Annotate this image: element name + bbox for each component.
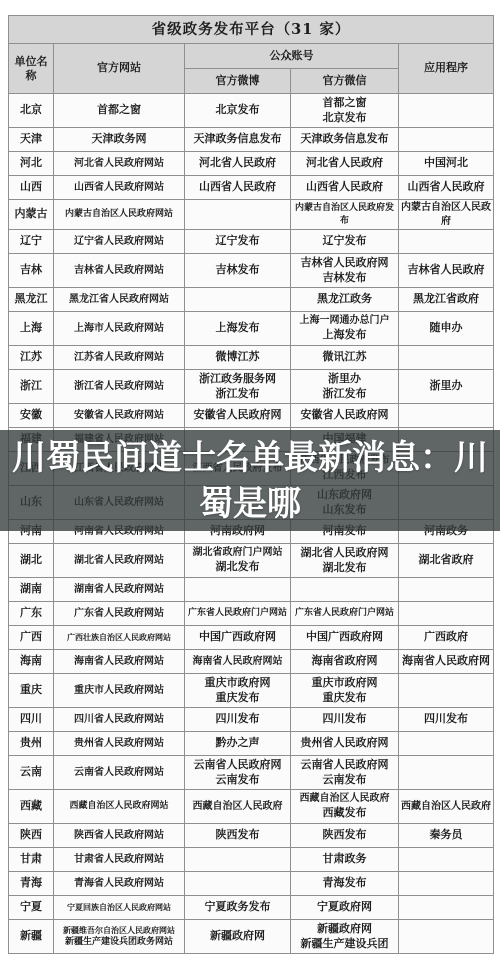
cell-line: 浙里办 — [401, 379, 491, 394]
cell-app — [399, 920, 494, 954]
cell-line: 湖北 — [11, 553, 51, 568]
table-row: 湖北湖北省人民政府网站湖北省政府门户网站湖北发布湖北省人民政府网湖北发布湖北省政… — [9, 544, 494, 578]
cell-line: 上海发布 — [187, 321, 288, 336]
cell-weibo: 四川发布 — [185, 708, 291, 732]
cell-name: 江苏 — [9, 346, 54, 370]
cell-app: 广西政府 — [399, 626, 494, 650]
cell-app: 湖北省政府 — [399, 544, 494, 578]
cell-line: 浙江省人民政府网站 — [56, 380, 182, 394]
cell-line: 广东省人民政府门户网站 — [293, 607, 396, 619]
cell-weibo: 海南省人民政府网站 — [185, 650, 291, 674]
cell-weibo: 西藏自治区人民政府 — [185, 790, 291, 824]
table-title: 省级政务发布平台（31 家） — [9, 16, 494, 44]
cell-line: 重庆市人民政府网站 — [56, 684, 182, 698]
table-row: 青海青海省人民政府网站青海发布 — [9, 872, 494, 896]
cell-line: 青海发布 — [293, 876, 396, 891]
cell-line: 海南省政府网 — [293, 654, 396, 669]
cell-line: 云南省人民政府网 — [187, 758, 288, 773]
cell-line: 中国广西政府网 — [293, 630, 396, 645]
table-title-row: 省级政务发布平台（31 家） — [9, 16, 494, 44]
cell-wechat — [291, 578, 399, 602]
cell-app — [399, 732, 494, 756]
cell-name: 甘肃 — [9, 848, 54, 872]
cell-line: 辽宁 — [11, 234, 51, 249]
cell-app — [399, 674, 494, 708]
cell-line: 西藏自治区人民政府 — [187, 800, 288, 814]
table-row: 海南海南省人民政府网站海南省人民政府网站海南省政府网海南省人民政府网 — [9, 650, 494, 674]
cell-line: 广西 — [11, 630, 51, 645]
cell-name: 天津 — [9, 128, 54, 152]
cell-app: 海南省人民政府网 — [399, 650, 494, 674]
cell-line: 宁夏 — [11, 900, 51, 915]
cell-weibo: 辽宁发布 — [185, 230, 291, 254]
cell-line: 山西 — [11, 180, 51, 195]
cell-line: 贵州省人民政府网 — [293, 736, 396, 751]
cell-line: 河北 — [11, 156, 51, 171]
cell-line: 中国广西政府网 — [187, 630, 288, 645]
cell-app: 秦务员 — [399, 824, 494, 848]
cell-line: 湖北省政府门户网站 — [187, 546, 288, 560]
cell-line: 四川发布 — [401, 712, 491, 727]
cell-line: 新疆生产建设兵团 — [293, 937, 396, 952]
cell-line: 新疆政府网 — [293, 922, 396, 937]
cell-weibo: 陕西发布 — [185, 824, 291, 848]
cell-line: 重庆 — [11, 683, 51, 698]
cell-app — [399, 848, 494, 872]
cell-line: 陕西发布 — [293, 828, 396, 843]
table-row: 河北河北省人民政府网站河北省人民政府河北省人民政府中国河北 — [9, 152, 494, 176]
cell-app — [399, 230, 494, 254]
cell-website: 首都之窗 — [54, 94, 185, 128]
cell-weibo: 黔办之声 — [185, 732, 291, 756]
cell-line: 贵州省人民政府网站 — [56, 737, 182, 751]
cell-weibo — [185, 200, 291, 230]
cell-website: 四川省人民政府网站 — [54, 708, 185, 732]
cell-website: 甘肃省人民政府网站 — [54, 848, 185, 872]
cell-line: 山西省人民政府 — [401, 180, 491, 195]
cell-name: 吉林 — [9, 254, 54, 288]
cell-app — [399, 896, 494, 920]
cell-line: 河北省人民政府 — [293, 156, 396, 171]
cell-line: 内蒙古 — [11, 207, 51, 222]
cell-name: 西藏 — [9, 790, 54, 824]
cell-website: 湖南省人民政府网站 — [54, 578, 185, 602]
cell-app: 黑龙江省政府 — [399, 288, 494, 312]
cell-line: 西藏自治区人民政府 — [293, 792, 396, 806]
table-row: 陕西陕西省人民政府网站陕西发布陕西发布秦务员 — [9, 824, 494, 848]
cell-line: 江苏省人民政府网站 — [56, 351, 182, 365]
cell-line: 云南 — [11, 765, 51, 780]
cell-line: 重庆市政府网 — [293, 676, 396, 691]
cell-weibo: 天津政务信息发布 — [185, 128, 291, 152]
cell-line: 宁夏回族自治区人民政府网站 — [56, 902, 182, 913]
cell-wechat: 中国广西政府网 — [291, 626, 399, 650]
header-row-1: 单位名称 官方网站 公众账号 应用程序 — [9, 44, 494, 69]
table-row: 广东广东省人民政府网站广东省人民政府门户网站广东省人民政府门户网站 — [9, 602, 494, 626]
table-row: 云南云南省人民政府网站云南省人民政府网云南发布云南省人民政府网云南发布 — [9, 756, 494, 790]
cell-website: 贵州省人民政府网站 — [54, 732, 185, 756]
cell-line: 山西省人民政府网站 — [56, 181, 182, 195]
cell-line: 微博江苏 — [187, 350, 288, 365]
cell-wechat: 首都之窗北京发布 — [291, 94, 399, 128]
cell-line: 广东 — [11, 606, 51, 621]
cell-line: 海南省人民政府网 — [401, 654, 491, 669]
cell-line: 重庆市政府网 — [187, 676, 288, 691]
cell-line: 海南省人民政府网站 — [56, 655, 182, 669]
cell-line: 新疆生产建设兵团政务网站 — [56, 936, 182, 948]
cell-name: 湖南 — [9, 578, 54, 602]
cell-line: 湖北省人民政府网站 — [56, 554, 182, 568]
cell-line: 天津政务信息发布 — [293, 132, 396, 147]
cell-weibo: 广东省人民政府门户网站 — [185, 602, 291, 626]
cell-name: 宁夏 — [9, 896, 54, 920]
cell-line: 天津政务网 — [56, 132, 182, 147]
cell-wechat: 浙里办浙江发布 — [291, 370, 399, 404]
cell-app: 内蒙古自治区人民政府 — [399, 200, 494, 230]
cell-wechat: 四川发布 — [291, 708, 399, 732]
cell-weibo: 湖北省政府门户网站湖北发布 — [185, 544, 291, 578]
cell-website: 新疆维吾尔自治区人民政府网站新疆生产建设兵团政务网站 — [54, 920, 185, 954]
cell-weibo: 浙江政务服务网浙江发布 — [185, 370, 291, 404]
cell-line: 甘肃 — [11, 852, 51, 867]
table-row: 甘肃甘肃省人民政府网站甘肃政务 — [9, 848, 494, 872]
cell-website: 宁夏回族自治区人民政府网站 — [54, 896, 185, 920]
table-row: 上海上海市人民政府网站上海发布上海一网通办总门户上海发布随申办 — [9, 312, 494, 346]
cell-website: 青海省人民政府网站 — [54, 872, 185, 896]
cell-line: 湖北发布 — [293, 561, 396, 576]
cell-line: 吉林发布 — [187, 263, 288, 278]
cell-name: 贵州 — [9, 732, 54, 756]
table-row: 广西广西壮族自治区人民政府网站中国广西政府网中国广西政府网广西政府 — [9, 626, 494, 650]
cell-website: 河北省人民政府网站 — [54, 152, 185, 176]
table-row: 吉林吉林省人民政府网站吉林发布吉林省人民政府网吉林发布吉林省人民政府 — [9, 254, 494, 288]
cell-name: 四川 — [9, 708, 54, 732]
col-header-weibo: 官方微博 — [185, 69, 291, 94]
cell-website: 湖北省人民政府网站 — [54, 544, 185, 578]
cell-wechat: 陕西发布 — [291, 824, 399, 848]
cell-line: 浙江发布 — [293, 387, 396, 402]
table-row: 重庆重庆市人民政府网站重庆市政府网重庆发布重庆市政府网重庆发布 — [9, 674, 494, 708]
cell-wechat: 内蒙古自治区人民政府发布 — [291, 200, 399, 230]
cell-line: 安徽省人民政府网 — [187, 408, 288, 423]
cell-weibo: 吉林发布 — [185, 254, 291, 288]
cell-line: 新疆政府网 — [187, 929, 288, 944]
cell-weibo: 云南省人民政府网云南发布 — [185, 756, 291, 790]
page: { "colors": { "header_bg": "#d5d5d5", "b… — [0, 0, 500, 964]
cell-line: 河北省人民政府网站 — [56, 157, 182, 171]
cell-wechat: 黑龙江政务 — [291, 288, 399, 312]
cell-name: 广东 — [9, 602, 54, 626]
table-row: 浙江浙江省人民政府网站浙江政务服务网浙江发布浙里办浙江发布浙里办 — [9, 370, 494, 404]
cell-line: 吉林 — [11, 263, 51, 278]
cell-line: 云南发布 — [187, 773, 288, 788]
table-row: 安徽安徽省人民政府网站安徽省人民政府网安徽省人民政府网 — [9, 404, 494, 428]
cell-website: 吉林省人民政府网站 — [54, 254, 185, 288]
cell-line: 新疆维吾尔自治区人民政府网站 — [56, 925, 182, 936]
caption-overlay-banner: 川蜀民间道士名单最新消息：川蜀是哪 — [0, 430, 500, 531]
cell-line: 内蒙古自治区人民政府发布 — [293, 202, 396, 226]
cell-website: 江苏省人民政府网站 — [54, 346, 185, 370]
cell-weibo: 河北省人民政府 — [185, 152, 291, 176]
cell-line: 山西省人民政府 — [293, 180, 396, 195]
cell-line: 上海一网通办总门户 — [293, 314, 396, 328]
cell-wechat: 吉林省人民政府网吉林发布 — [291, 254, 399, 288]
table-header: 省级政务发布平台（31 家） 单位名称 官方网站 公众账号 应用程序 官方微博 … — [9, 16, 494, 94]
col-header-website: 官方网站 — [54, 44, 185, 94]
table-row: 宁夏宁夏回族自治区人民政府网站宁夏政务发布宁夏政府网 — [9, 896, 494, 920]
cell-name: 北京 — [9, 94, 54, 128]
cell-line: 湖南 — [11, 582, 51, 597]
cell-line: 秦务员 — [401, 828, 491, 843]
cell-website: 黑龙江省人民政府网站 — [54, 288, 185, 312]
cell-name: 新疆 — [9, 920, 54, 954]
cell-website: 西藏自治区人民政府网站 — [54, 790, 185, 824]
cell-app — [399, 872, 494, 896]
cell-line: 重庆发布 — [293, 691, 396, 706]
cell-line: 四川 — [11, 712, 51, 727]
cell-website: 陕西省人民政府网站 — [54, 824, 185, 848]
cell-website: 云南省人民政府网站 — [54, 756, 185, 790]
cell-line: 辽宁发布 — [187, 234, 288, 249]
cell-app: 山西省人民政府 — [399, 176, 494, 200]
cell-weibo — [185, 848, 291, 872]
cell-weibo — [185, 288, 291, 312]
cell-app — [399, 404, 494, 428]
cell-line: 贵州 — [11, 736, 51, 751]
cell-wechat: 上海一网通办总门户上海发布 — [291, 312, 399, 346]
cell-weibo — [185, 872, 291, 896]
cell-line: 黔办之声 — [187, 736, 288, 751]
col-header-wechat: 官方微信 — [291, 69, 399, 94]
cell-line: 内蒙古自治区人民政府网站 — [56, 208, 182, 220]
cell-line: 西藏 — [11, 799, 51, 814]
col-header-unit: 单位名称 — [9, 44, 54, 94]
cell-line: 甘肃政务 — [293, 852, 396, 867]
cell-line: 江苏 — [11, 350, 51, 365]
cell-line: 安徽省人民政府网 — [293, 408, 396, 423]
cell-line: 首都之窗 — [56, 103, 182, 118]
caption-overlay-text: 川蜀民间道士名单最新消息：川蜀是哪 — [0, 435, 500, 527]
cell-line: 西藏自治区人民政府 — [401, 800, 491, 814]
cell-line: 安徽省人民政府网站 — [56, 409, 182, 423]
cell-website: 广东省人民政府网站 — [54, 602, 185, 626]
cell-wechat: 甘肃政务 — [291, 848, 399, 872]
table-row: 江苏江苏省人民政府网站微博江苏微讯江苏 — [9, 346, 494, 370]
cell-line: 上海市人民政府网站 — [56, 322, 182, 336]
cell-line: 青海省人民政府网站 — [56, 877, 182, 891]
cell-name: 山西 — [9, 176, 54, 200]
cell-line: 广东省人民政府网站 — [56, 607, 182, 621]
table-row: 西藏西藏自治区人民政府网站西藏自治区人民政府西藏自治区人民政府西藏发布西藏自治区… — [9, 790, 494, 824]
cell-app: 浙里办 — [399, 370, 494, 404]
cell-name: 海南 — [9, 650, 54, 674]
cell-app — [399, 756, 494, 790]
cell-name: 安徽 — [9, 404, 54, 428]
cell-name: 内蒙古 — [9, 200, 54, 230]
cell-name: 上海 — [9, 312, 54, 346]
cell-line: 微讯江苏 — [293, 350, 396, 365]
cell-line: 中国河北 — [401, 156, 491, 171]
cell-name: 广西 — [9, 626, 54, 650]
cell-line: 陕西 — [11, 828, 51, 843]
cell-wechat: 重庆市政府网重庆发布 — [291, 674, 399, 708]
cell-line: 上海 — [11, 321, 51, 336]
cell-app: 四川发布 — [399, 708, 494, 732]
cell-wechat: 湖北省人民政府网湖北发布 — [291, 544, 399, 578]
cell-website: 山西省人民政府网站 — [54, 176, 185, 200]
col-header-public-accounts: 公众账号 — [185, 44, 399, 69]
cell-line: 北京发布 — [293, 111, 396, 126]
cell-line: 四川发布 — [187, 712, 288, 727]
col-header-app: 应用程序 — [399, 44, 494, 94]
cell-line: 西藏自治区人民政府网站 — [56, 800, 182, 812]
cell-website: 安徽省人民政府网站 — [54, 404, 185, 428]
cell-line: 宁夏政务发布 — [187, 900, 288, 915]
cell-wechat: 海南省政府网 — [291, 650, 399, 674]
table-row: 北京首都之窗北京发布首都之窗北京发布 — [9, 94, 494, 128]
cell-wechat: 宁夏政府网 — [291, 896, 399, 920]
cell-wechat: 河北省人民政府 — [291, 152, 399, 176]
cell-line: 吉林省人民政府网站 — [56, 264, 182, 278]
cell-line: 陕西省人民政府网站 — [56, 829, 182, 843]
cell-wechat: 微讯江苏 — [291, 346, 399, 370]
cell-app: 吉林省人民政府 — [399, 254, 494, 288]
cell-app: 西藏自治区人民政府 — [399, 790, 494, 824]
cell-website: 浙江省人民政府网站 — [54, 370, 185, 404]
cell-name: 辽宁 — [9, 230, 54, 254]
cell-line: 山西省人民政府 — [187, 180, 288, 195]
cell-website: 海南省人民政府网站 — [54, 650, 185, 674]
table-row: 四川四川省人民政府网站四川发布四川发布四川发布 — [9, 708, 494, 732]
cell-name: 湖北 — [9, 544, 54, 578]
cell-name: 陕西 — [9, 824, 54, 848]
cell-line: 浙江政务服务网 — [187, 372, 288, 387]
cell-line: 四川省人民政府网站 — [56, 713, 182, 727]
cell-line: 宁夏政府网 — [293, 900, 396, 915]
cell-name: 青海 — [9, 872, 54, 896]
cell-name: 云南 — [9, 756, 54, 790]
cell-weibo: 安徽省人民政府网 — [185, 404, 291, 428]
cell-wechat: 云南省人民政府网云南发布 — [291, 756, 399, 790]
cell-line: 浙里办 — [293, 372, 396, 387]
cell-website: 上海市人民政府网站 — [54, 312, 185, 346]
cell-wechat: 安徽省人民政府网 — [291, 404, 399, 428]
table-row: 山西山西省人民政府网站山西省人民政府山西省人民政府山西省人民政府 — [9, 176, 494, 200]
cell-app — [399, 602, 494, 626]
cell-line: 安徽 — [11, 408, 51, 423]
cell-app — [399, 578, 494, 602]
cell-wechat: 贵州省人民政府网 — [291, 732, 399, 756]
cell-line: 云南省人民政府网站 — [56, 766, 182, 780]
cell-weibo: 微博江苏 — [185, 346, 291, 370]
cell-line: 浙江发布 — [187, 387, 288, 402]
cell-wechat: 广东省人民政府门户网站 — [291, 602, 399, 626]
cell-weibo: 北京发布 — [185, 94, 291, 128]
cell-name: 黑龙江 — [9, 288, 54, 312]
table-row: 黑龙江黑龙江省人民政府网站黑龙江政务黑龙江省政府 — [9, 288, 494, 312]
cell-app — [399, 94, 494, 128]
cell-app — [399, 346, 494, 370]
cell-line: 黑龙江省政府 — [401, 292, 491, 307]
cell-line: 上海发布 — [293, 328, 396, 343]
cell-line: 新疆 — [11, 929, 51, 944]
cell-line: 天津政务信息发布 — [187, 132, 288, 147]
cell-wechat: 青海发布 — [291, 872, 399, 896]
cell-line: 黑龙江政务 — [293, 292, 396, 307]
cell-line: 云南省人民政府网 — [293, 758, 396, 773]
cell-line: 湖北省人民政府网 — [293, 546, 396, 561]
cell-line: 广东省人民政府门户网站 — [187, 607, 288, 619]
cell-weibo: 上海发布 — [185, 312, 291, 346]
cell-wechat: 新疆政府网新疆生产建设兵团 — [291, 920, 399, 954]
cell-app: 中国河北 — [399, 152, 494, 176]
cell-weibo: 中国广西政府网 — [185, 626, 291, 650]
cell-wechat: 天津政务信息发布 — [291, 128, 399, 152]
cell-wechat: 山西省人民政府 — [291, 176, 399, 200]
cell-line: 西藏发布 — [293, 806, 396, 821]
cell-name: 浙江 — [9, 370, 54, 404]
cell-weibo: 山西省人民政府 — [185, 176, 291, 200]
cell-weibo — [185, 578, 291, 602]
table-row: 湖南湖南省人民政府网站 — [9, 578, 494, 602]
table-row: 贵州贵州省人民政府网站黔办之声贵州省人民政府网 — [9, 732, 494, 756]
cell-line: 云南发布 — [293, 773, 396, 788]
cell-line: 首都之窗 — [293, 96, 396, 111]
cell-line: 天津 — [11, 132, 51, 147]
cell-line: 海南 — [11, 654, 51, 669]
cell-line: 吉林省人民政府 — [401, 263, 491, 278]
cell-line: 广西政府 — [401, 630, 491, 645]
cell-website: 广西壮族自治区人民政府网站 — [54, 626, 185, 650]
cell-line: 陕西发布 — [187, 828, 288, 843]
cell-line: 河北省人民政府 — [187, 156, 288, 171]
cell-line: 北京 — [11, 103, 51, 118]
cell-line: 黑龙江 — [11, 292, 51, 307]
cell-website: 天津政务网 — [54, 128, 185, 152]
cell-wechat: 辽宁发布 — [291, 230, 399, 254]
cell-app: 随申办 — [399, 312, 494, 346]
cell-line: 辽宁发布 — [293, 234, 396, 249]
cell-name: 河北 — [9, 152, 54, 176]
table-row: 内蒙古内蒙古自治区人民政府网站内蒙古自治区人民政府发布内蒙古自治区人民政府 — [9, 200, 494, 230]
cell-line: 内蒙古自治区人民政府 — [401, 201, 491, 228]
cell-weibo: 新疆政府网 — [185, 920, 291, 954]
cell-app — [399, 128, 494, 152]
cell-line: 青海 — [11, 876, 51, 891]
cell-website: 辽宁省人民政府网站 — [54, 230, 185, 254]
cell-line: 甘肃省人民政府网站 — [56, 853, 182, 867]
cell-weibo: 重庆市政府网重庆发布 — [185, 674, 291, 708]
cell-line: 四川发布 — [293, 712, 396, 727]
cell-line: 吉林发布 — [293, 271, 396, 286]
cell-line: 吉林省人民政府网 — [293, 256, 396, 271]
cell-line: 湖北省政府 — [401, 553, 491, 568]
cell-line: 随申办 — [401, 321, 491, 336]
cell-website: 重庆市人民政府网站 — [54, 674, 185, 708]
cell-name: 重庆 — [9, 674, 54, 708]
cell-line: 广西壮族自治区人民政府网站 — [56, 632, 182, 643]
cell-line: 海南省人民政府网站 — [187, 655, 288, 669]
cell-website: 内蒙古自治区人民政府网站 — [54, 200, 185, 230]
cell-weibo: 宁夏政务发布 — [185, 896, 291, 920]
cell-line: 湖北发布 — [187, 560, 288, 575]
cell-line: 北京发布 — [187, 103, 288, 118]
cell-line: 辽宁省人民政府网站 — [56, 235, 182, 249]
cell-line: 重庆发布 — [187, 691, 288, 706]
cell-line: 黑龙江省人民政府网站 — [56, 293, 182, 307]
cell-wechat: 西藏自治区人民政府西藏发布 — [291, 790, 399, 824]
table-row: 新疆新疆维吾尔自治区人民政府网站新疆生产建设兵团政务网站新疆政府网新疆政府网新疆… — [9, 920, 494, 954]
